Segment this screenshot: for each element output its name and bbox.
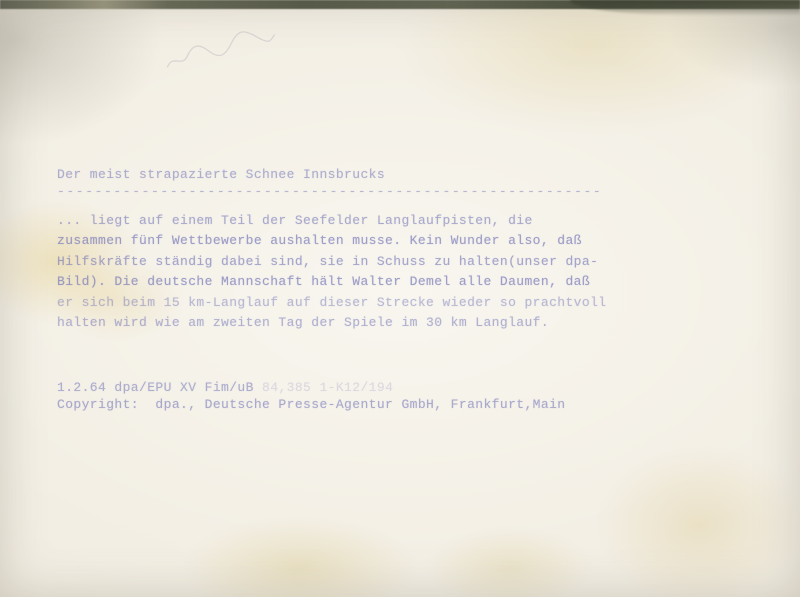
copyright-line: Copyright: dpa., Deutsche Presse-Agentur… xyxy=(57,397,565,412)
caption-line: Bild). Die deutsche Mannschaft hält Walt… xyxy=(57,272,590,293)
caption-line: ... liegt auf einem Teil der Seefelder L… xyxy=(57,211,533,232)
photo-back-scan: Der meist strapazierte Schnee Innsbrucks… xyxy=(0,0,800,597)
credit-line: 1.2.64 dpa/EPU XV Fim/uB 84,385 1-K12/19… xyxy=(57,380,393,395)
credit-code-faint: 84,385 1-K12/194 xyxy=(254,380,393,395)
caption-body: ... liegt auf einem Teil der Seefelder L… xyxy=(0,0,800,597)
caption-line: zusammen fünf Wettbewerbe aushalten muss… xyxy=(57,231,582,252)
caption-line: halten wird wie am zweiten Tag der Spiel… xyxy=(57,313,549,334)
credit-code: 1.2.64 dpa/EPU XV Fim/uB xyxy=(57,380,254,395)
caption-line: er sich beim 15 km-Langlauf auf dieser S… xyxy=(57,293,607,314)
caption-line: Hilfskräfte ständig dabei sind, sie in S… xyxy=(57,252,598,273)
